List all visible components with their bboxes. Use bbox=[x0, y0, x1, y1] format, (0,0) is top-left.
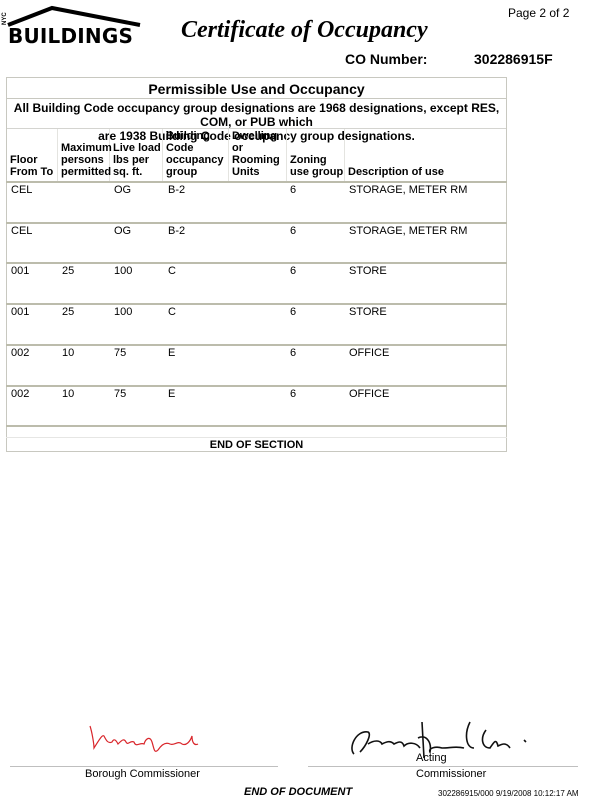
column-header-line: Rooming bbox=[232, 154, 286, 166]
cell-max-persons: 25 bbox=[62, 306, 74, 319]
end-of-document: END OF DOCUMENT bbox=[244, 786, 352, 798]
co-number-value: 302286915F bbox=[474, 51, 553, 67]
column-header-label: FloorFrom To bbox=[10, 154, 53, 178]
borough-commissioner-signature bbox=[88, 722, 200, 758]
column-header-line: use group bbox=[290, 166, 343, 178]
cell-max-persons: 10 bbox=[62, 347, 74, 360]
column-header-line: persons bbox=[61, 154, 112, 166]
table-row: CELOGB-26STORAGE, METER RM bbox=[6, 222, 507, 264]
table-row: 00125100C6STORE bbox=[6, 262, 507, 304]
table-row: 0021075E6OFFICE bbox=[6, 344, 507, 386]
cell-zoning: 6 bbox=[290, 184, 296, 197]
commissioner-label: Commissioner bbox=[416, 768, 486, 780]
column-header-line: From To bbox=[10, 166, 53, 178]
cell-description: OFFICE bbox=[349, 388, 389, 401]
column-header-line: Live load bbox=[113, 142, 161, 154]
cell-live-load: 100 bbox=[114, 306, 132, 319]
column-header-label: Zoninguse group bbox=[290, 154, 343, 178]
cell-floor: 002 bbox=[11, 347, 29, 360]
cell-bc-group: C bbox=[168, 265, 176, 278]
column-header-label: Maximumpersonspermitted bbox=[61, 142, 112, 178]
cell-zoning: 6 bbox=[290, 306, 296, 319]
cell-bc-group: E bbox=[168, 347, 175, 360]
cell-floor: CEL bbox=[11, 184, 32, 197]
cell-live-load: 75 bbox=[114, 388, 126, 401]
cell-description: STORAGE, METER RM bbox=[349, 225, 467, 238]
cell-live-load: OG bbox=[114, 184, 131, 197]
page-number: Page 2 of 2 bbox=[508, 6, 569, 20]
co-number-label: CO Number: bbox=[345, 51, 427, 67]
cell-zoning: 6 bbox=[290, 265, 296, 278]
cell-max-persons: 25 bbox=[62, 265, 74, 278]
column-header-line: Code bbox=[166, 142, 223, 154]
cell-description: STORE bbox=[349, 265, 387, 278]
column-header-line: Maximum bbox=[61, 142, 112, 154]
column-header-floor: FloorFrom To bbox=[7, 129, 58, 181]
section-title: Permissible Use and Occupancy bbox=[7, 78, 506, 99]
cell-description: STORAGE, METER RM bbox=[349, 184, 467, 197]
cell-floor: 001 bbox=[11, 306, 29, 319]
cell-max-persons: 10 bbox=[62, 388, 74, 401]
acting-label: Acting bbox=[416, 752, 447, 764]
cell-live-load: 75 bbox=[114, 347, 126, 360]
section-note-line-1: All Building Code occupancy group design… bbox=[7, 101, 506, 129]
cell-floor: 002 bbox=[11, 388, 29, 401]
cell-zoning: 6 bbox=[290, 225, 296, 238]
column-header-line: Units bbox=[232, 166, 286, 178]
column-header-line: Description of use bbox=[348, 166, 444, 178]
table-row: 0021075E6OFFICE bbox=[6, 385, 507, 427]
logo-word: BUILDINGS bbox=[8, 26, 133, 46]
blank-row bbox=[6, 425, 507, 438]
column-header-zoning: Zoninguse group bbox=[287, 129, 345, 181]
table-row: 00125100C6STORE bbox=[6, 303, 507, 345]
borough-commissioner-signature-line bbox=[10, 766, 278, 767]
end-of-section: END OF SECTION bbox=[6, 438, 507, 452]
cell-zoning: 6 bbox=[290, 388, 296, 401]
cell-bc-group: E bbox=[168, 388, 175, 401]
column-header-live-load: Live loadlbs persq. ft. bbox=[110, 129, 163, 181]
cell-zoning: 6 bbox=[290, 347, 296, 360]
cell-bc-group: C bbox=[168, 306, 176, 319]
column-header-label: Description of use bbox=[348, 166, 444, 178]
column-header-line: permitted bbox=[61, 166, 112, 178]
cell-description: OFFICE bbox=[349, 347, 389, 360]
cell-floor: 001 bbox=[11, 265, 29, 278]
commissioner-signature-line bbox=[308, 766, 578, 767]
cell-live-load: OG bbox=[114, 225, 131, 238]
column-header-label: Dwelling orRoomingUnits bbox=[232, 130, 286, 178]
document-title: Certificate of Occupancy bbox=[181, 16, 428, 44]
column-header-line: Floor bbox=[10, 154, 53, 166]
column-header-line: group bbox=[166, 166, 223, 178]
cell-bc-group: B-2 bbox=[168, 225, 185, 238]
column-header-label: Live loadlbs persq. ft. bbox=[113, 142, 161, 178]
column-header-dwelling: Dwelling orRoomingUnits bbox=[229, 129, 287, 181]
column-header-line: Building bbox=[166, 130, 223, 142]
table-row: CELOGB-26STORAGE, METER RM bbox=[6, 181, 507, 223]
column-header-line: occupancy bbox=[166, 154, 223, 166]
column-header-line: Dwelling or bbox=[232, 130, 286, 154]
column-header-bc-group: BuildingCodeoccupancygroup bbox=[163, 129, 229, 181]
column-header-description: Description of use bbox=[345, 129, 506, 181]
column-header-line: Zoning bbox=[290, 154, 343, 166]
cell-floor: CEL bbox=[11, 225, 32, 238]
column-header-label: BuildingCodeoccupancygroup bbox=[166, 130, 223, 178]
cell-description: STORE bbox=[349, 306, 387, 319]
cell-live-load: 100 bbox=[114, 265, 132, 278]
nyc-buildings-logo: NYC BUILDINGS bbox=[0, 5, 145, 47]
document-timestamp: 302286915/000 9/19/2008 10:12:17 AM bbox=[438, 789, 579, 798]
column-header-line: sq. ft. bbox=[113, 166, 161, 178]
cell-bc-group: B-2 bbox=[168, 184, 185, 197]
column-header-line: lbs per bbox=[113, 154, 161, 166]
column-header-max-persons: Maximumpersonspermitted bbox=[58, 129, 110, 181]
section-note: All Building Code occupancy group design… bbox=[7, 99, 506, 129]
borough-commissioner-label: Borough Commissioner bbox=[85, 768, 200, 780]
